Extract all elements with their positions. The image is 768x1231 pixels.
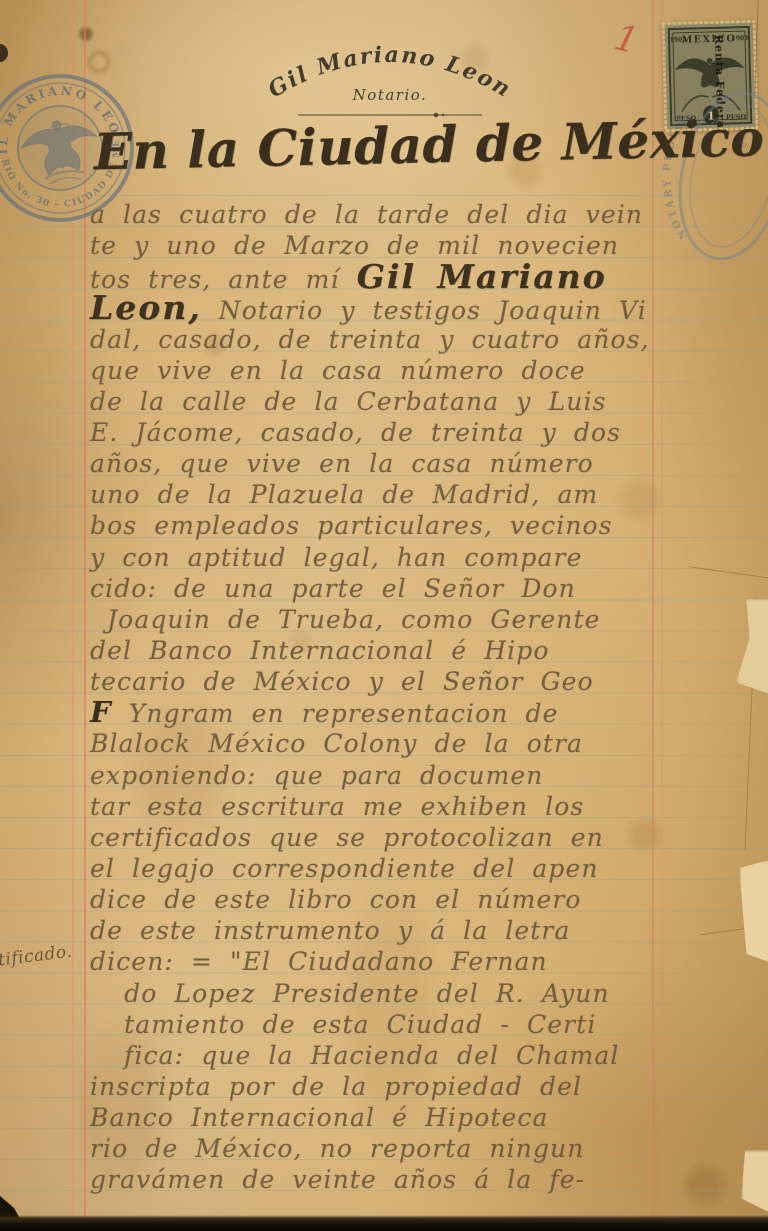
- torn-edge-flap: [739, 860, 768, 962]
- torn-edge-flap: [736, 598, 768, 694]
- manuscript-segment-faint: fica: que la Hacienda del Chamal: [90, 1041, 619, 1070]
- manuscript-line: a las cuatro de la tarde del dia vein: [90, 199, 675, 230]
- manuscript-segment-faint: rio de México, no reporta ningun: [90, 1134, 584, 1163]
- manuscript-segment-ink-large: Gil Mariano: [357, 257, 607, 296]
- manuscript-segment-faint: gravámen de veinte años á la fe-: [90, 1165, 585, 1194]
- manuscript-segment-faint: uno de la Plazuela de Madrid, am: [90, 480, 598, 509]
- manuscript-line: gravámen de veinte años á la fe-: [90, 1164, 675, 1195]
- manuscript-segment-faint: exponiendo: que para documen: [90, 761, 543, 790]
- manuscript-line: inscripta por de la propiedad del: [90, 1071, 675, 1102]
- photo-background-edge: [0, 1215, 768, 1231]
- manuscript-segment-faint: del Banco Internacional é Hipo: [90, 636, 549, 665]
- manuscript-line: años, que vive en la casa número: [90, 448, 675, 479]
- manuscript-segment-faint: cido: de una parte el Señor Don: [90, 574, 576, 603]
- stamp-year-right: 1903: [732, 35, 749, 42]
- stamp-country: MEXICO: [682, 33, 737, 45]
- manuscript-line: E. Jácome, casado, de treinta y dos: [90, 417, 675, 448]
- manuscript-body: a las cuatro de la tarde del dia veinte …: [90, 199, 675, 1196]
- manuscript-segment-faint: y con aptitud legal, han compare: [90, 543, 582, 572]
- manuscript-segment-faint: dicen: = "El Ciudadano Fernan: [90, 947, 548, 976]
- manuscript-segment-faint: do Lopez Presidente del R. Ayun: [90, 979, 610, 1008]
- manuscript-line: fica: que la Hacienda del Chamal: [90, 1040, 675, 1071]
- manuscript-segment-faint: Notario y testigos Joaquin Vi: [202, 296, 647, 325]
- manuscript-line: cido: de una parte el Señor Don: [90, 573, 675, 604]
- manuscript-segment-faint: el legajo correspondiente del apen: [90, 854, 599, 883]
- manuscript-segment-faint: dice de este libro con el número: [90, 885, 582, 914]
- manuscript-line: y con aptitud legal, han compare: [90, 542, 675, 573]
- printed-letterhead: Gil Mariano Leon Notario.: [240, 14, 540, 126]
- manuscript-line: de la calle de la Cerbatana y Luis: [90, 386, 675, 417]
- manuscript-line: Banco Internacional é Hipoteca: [90, 1102, 675, 1133]
- manuscript-segment-faint: años, que vive en la casa número: [90, 449, 594, 478]
- manuscript-line: tamiento de esta Ciudad - Certi: [90, 1009, 675, 1040]
- manuscript-segment-faint: Joaquin de Trueba, como Gerente: [90, 605, 601, 634]
- manuscript-line: de este instrumento y á la letra: [90, 915, 675, 946]
- margin-note: tificado.: [0, 941, 75, 970]
- manuscript-segment-ink-bold: F: [90, 695, 112, 729]
- manuscript-line: dicen: = "El Ciudadano Fernan: [90, 946, 675, 977]
- manuscript-segment-faint: certificados que se protocolizan en: [90, 823, 604, 852]
- manuscript-line: F Yngram en representacion de: [90, 697, 675, 728]
- torn-edge-flap: [741, 1150, 768, 1212]
- manuscript-line: el legajo correspondiente del apen: [90, 853, 675, 884]
- manuscript-segment-faint: de este instrumento y á la letra: [90, 916, 571, 945]
- manuscript-segment-faint: Banco Internacional é Hipoteca: [90, 1103, 549, 1132]
- manuscript-line: Blalock México Colony de la otra: [90, 728, 675, 759]
- manuscript-segment-faint: que vive en la casa número doce: [90, 356, 586, 385]
- folio-number: 1: [609, 17, 650, 71]
- manuscript-segment-faint: de la calle de la Cerbatana y Luis: [90, 387, 607, 416]
- manuscript-segment-faint: Blalock México Colony de la otra: [90, 729, 583, 758]
- letterhead-title: Notario.: [352, 86, 428, 104]
- manuscript-line: dice de este libro con el número: [90, 884, 675, 915]
- manuscript-line: del Banco Internacional é Hipo: [90, 635, 675, 666]
- manuscript-line: que vive en la casa número doce: [90, 355, 675, 386]
- manuscript-segment-faint: tecario de México y el Señor Geo: [90, 667, 594, 696]
- manuscript-segment-faint: inscripta por de la propiedad del: [90, 1072, 582, 1101]
- document-heading: En la Ciudad de México: [93, 110, 695, 205]
- manuscript-segment-faint: a las cuatro de la tarde del dia vein: [90, 200, 643, 229]
- manuscript-segment-ink-large: Leon,: [90, 288, 202, 327]
- paper-crease: [700, 926, 762, 936]
- manuscript-line: tar esta escritura me exhiben los: [90, 791, 675, 822]
- manuscript-segment-faint: bos empleados particulares, vecinos: [90, 511, 613, 540]
- manuscript-segment-faint: Yngram en representacion de: [112, 699, 559, 728]
- manuscript-segment-faint: dal, casado, de treinta y cuatro años,: [90, 325, 650, 354]
- manuscript-line: Leon, Notario y testigos Joaquin Vi: [90, 292, 675, 323]
- manuscript-segment-faint: tamiento de esta Ciudad - Certi: [90, 1010, 596, 1039]
- punch-hole-mark: [0, 44, 8, 62]
- manuscript-line: certificados que se protocolizan en: [90, 822, 675, 853]
- manuscript-line: tecario de México y el Señor Geo: [90, 666, 675, 697]
- manuscript-segment-faint: tar esta escritura me exhiben los: [90, 792, 584, 821]
- scanned-notarial-deed-page: Gil Mariano Leon Notario. 1 GIL MARIANO …: [0, 0, 768, 1231]
- paper-crease: [744, 596, 756, 851]
- manuscript-line: rio de México, no reporta ningun: [90, 1133, 675, 1164]
- manuscript-segment-faint: E. Jácome, casado, de treinta y dos: [90, 418, 621, 447]
- manuscript-line: bos empleados particulares, vecinos: [90, 510, 675, 541]
- manuscript-line: do Lopez Presidente del R. Ayun: [90, 978, 675, 1009]
- manuscript-line: uno de la Plazuela de Madrid, am: [90, 479, 675, 510]
- manuscript-line: exponiendo: que para documen: [90, 760, 675, 791]
- manuscript-line: dal, casado, de treinta y cuatro años,: [90, 324, 675, 355]
- manuscript-line: Joaquin de Trueba, como Gerente: [90, 604, 675, 635]
- paper-crease: [688, 566, 768, 579]
- manuscript-segment-faint: te y uno de Marzo de mil novecien: [90, 231, 619, 260]
